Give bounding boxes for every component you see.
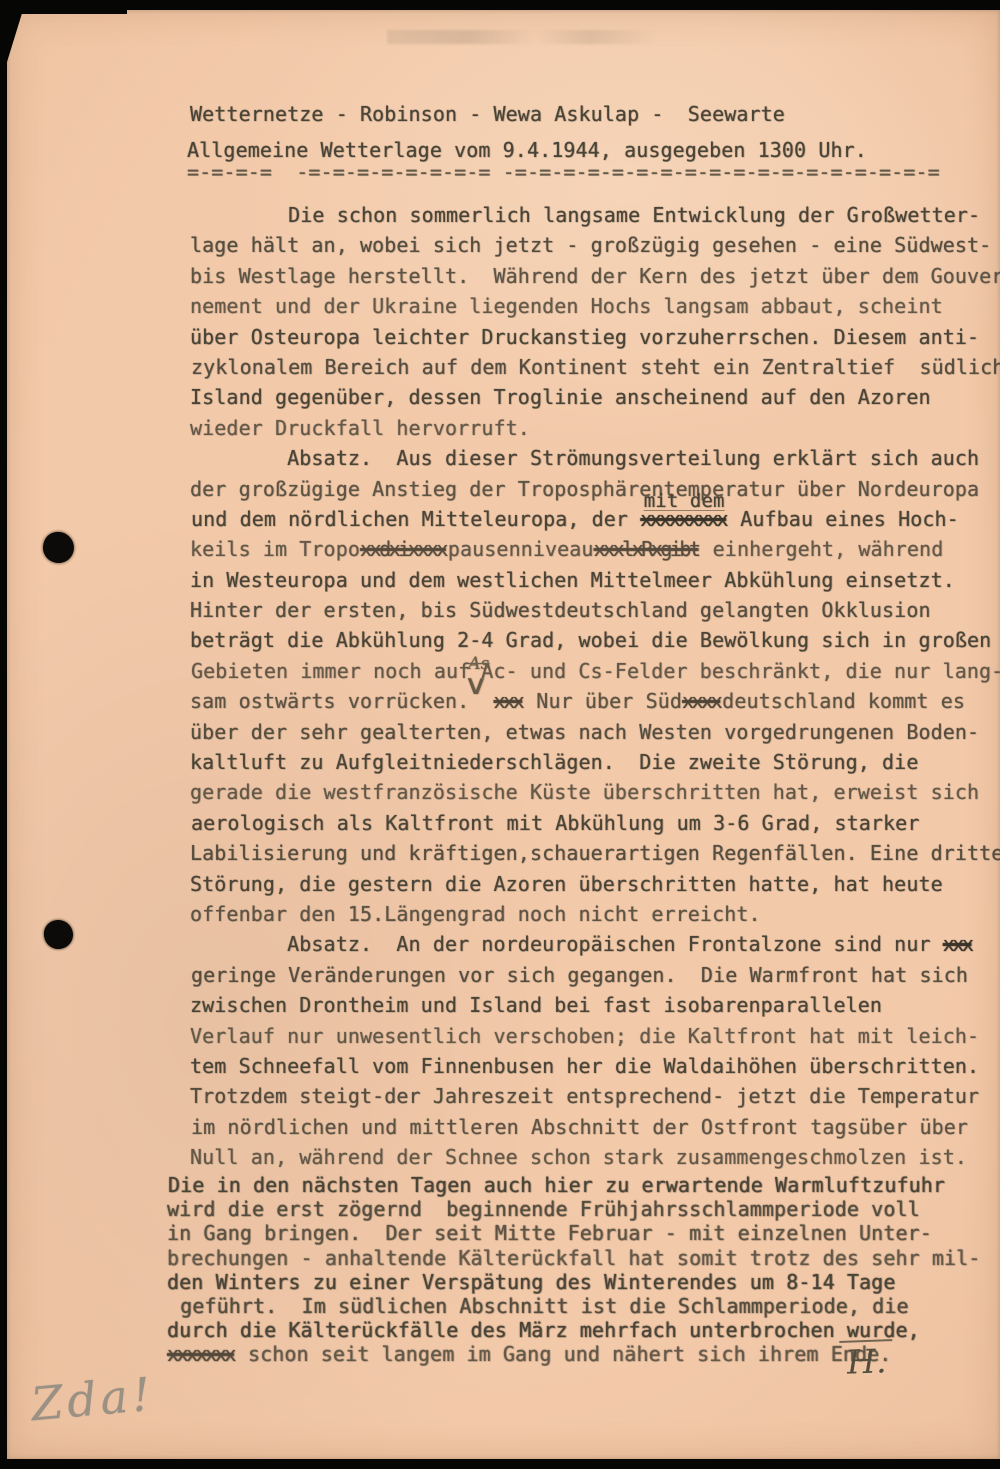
typewritten-line: in Gang bringen. Der seit Mitte Februar … xyxy=(167,1221,1000,1245)
typewritten-line: Trotzdem steigt-der Jahreszeit entsprech… xyxy=(190,1081,1000,1111)
text-run: Hinter der ersten, bis Südwestdeutschlan… xyxy=(190,598,931,622)
torn-edge xyxy=(7,10,127,14)
typewritten-line: Island gegenüber, dessen Troglinie ansch… xyxy=(190,382,1000,412)
typewritten-line: keils im Tropoxxdxixxxxpausenniveauxxxlx… xyxy=(190,534,1000,564)
carbon-smudge xyxy=(387,30,657,44)
text-run: in Gang bringen. Der seit Mitte Februar … xyxy=(167,1221,932,1245)
text-run: schon seit langem im Gang und nähert sic… xyxy=(236,1342,892,1366)
typewritten-line: geführt. Im südlichen Abschnitt ist die … xyxy=(168,1294,1000,1318)
text-run: aerologisch als Kaltfront mit Abkühlung … xyxy=(191,811,919,835)
typewritten-line: wird die erst zögernd beginnende Frühjah… xyxy=(167,1197,1000,1221)
typewritten-line: offenbar den 15.Längengrad noch nicht er… xyxy=(190,899,1000,929)
text-run: Ac- und Cs-Felder beschränkt, die nur la… xyxy=(481,659,1000,683)
text-run: und dem nördlichen Mitteleuropa, der xyxy=(191,507,640,531)
typewritten-line: gerade die westfranzösische Küste übersc… xyxy=(190,777,1000,807)
text-run: beträgt die Abkühlung 2-4 Grad, wobei di… xyxy=(190,628,991,652)
typewritten-line: wieder Druckfall hervorruft. xyxy=(190,413,1000,443)
punch-hole-bottom xyxy=(42,918,75,951)
text-run: Verlauf nur unwesentlich verschoben; die… xyxy=(190,1024,979,1048)
typewritten-line: brechungen - anhaltende Kälterückfall ha… xyxy=(167,1246,1000,1270)
text-run: der großzügige Anstieg der Troposphärent… xyxy=(190,477,979,501)
text-run: über Osteuropa leichter Druckanstieg vor… xyxy=(190,325,979,349)
text-run: über der sehr gealterten, etwas nach Wes… xyxy=(190,720,979,744)
typewritten-line: über Osteuropa leichter Druckanstieg vor… xyxy=(190,322,1000,352)
text-run: zyklonalem Bereich auf dem Kontinent ste… xyxy=(191,355,1000,379)
typewritten-line: Labilisierung und kräftigen,schauerartig… xyxy=(190,838,1000,868)
typewritten-line: im nördlichen und mittleren Abschnitt de… xyxy=(191,1112,1000,1142)
typewritten-line: Absatz. Aus dieser Strömungsverteilung e… xyxy=(190,443,1000,473)
text-run: kaltluft zu Aufgleitniederschlägen. Die … xyxy=(190,750,918,774)
typewritten-line: tem Schneefall vom Finnenbusen her die W… xyxy=(190,1051,1000,1081)
typewritten-line: aerologisch als Kaltfront mit Abkühlung … xyxy=(191,808,1000,838)
text-run: Absatz. An der nordeuropäischen Frontalz… xyxy=(190,932,943,956)
typewritten-line: über der sehr gealterten, etwas nach Wes… xyxy=(190,717,1000,747)
typewritten-line: Gebieten immer noch auf∨AsAc- und Cs-Fel… xyxy=(191,656,1000,686)
punch-hole-top xyxy=(40,529,77,566)
typewritten-line: Die in den nächsten Tagen auch hier zu e… xyxy=(168,1173,1000,1197)
typewritten-line: Absatz. An der nordeuropäischen Frontalz… xyxy=(190,929,1000,959)
typed-strikeout: xxx xyxy=(494,689,525,713)
text-run: nement und der Ukraine liegenden Hochs l… xyxy=(190,294,943,318)
text-run: Gebieten immer noch auf xyxy=(191,659,470,683)
text-run: tem Schneefall vom Finnenbusen her die W… xyxy=(190,1054,979,1078)
typewritten-line: Verlauf nur unwesentlich verschoben; die… xyxy=(190,1021,1000,1051)
text-run: Nur über Süd xyxy=(524,689,682,713)
text-run: in Westeuropa und dem westlichen Mittelm… xyxy=(190,568,955,592)
text-run: im nördlichen und mittleren Abschnitt de… xyxy=(191,1115,968,1139)
text-run: Trotzdem steigt-der Jahreszeit entsprech… xyxy=(190,1084,979,1108)
title-underline: =-=-=-= -=-=-=-=-=-=-=-= -=-=-=-=-=-=-=-… xyxy=(187,160,940,184)
typewritten-line: zwischen Drontheim und Island bei fast i… xyxy=(190,990,1000,1020)
text-run: Die schon sommerlich langsame Entwicklun… xyxy=(191,203,980,227)
typed-strikeout: xxdxixxxx xyxy=(360,537,448,561)
pencil-margin-note: Zda! xyxy=(29,1367,157,1432)
typewritten-line: sam ostwärts vorrücken. xxx Nur über Süd… xyxy=(190,686,1000,716)
text-run: geringe Veränderungen vor sich gegangen.… xyxy=(191,963,968,987)
typewritten-line: der großzügige Anstieg der Troposphärent… xyxy=(190,474,1000,504)
text-run: lage hält an, wobei sich jetzt - großzüg… xyxy=(190,233,991,257)
typewritten-line: Die schon sommerlich langsame Entwicklun… xyxy=(191,200,1000,230)
text-run: den Winters zu einer Verspätung des Wint… xyxy=(167,1270,895,1294)
text-run: offenbar den 15.Längengrad noch nicht er… xyxy=(190,902,761,926)
text-run: pausenniveau xyxy=(448,537,594,561)
handwritten-initial: H. xyxy=(839,1339,894,1383)
text-run: zwischen Drontheim und Island bei fast i… xyxy=(190,993,882,1017)
typewritten-line: in Westeuropa und dem westlichen Mittelm… xyxy=(190,565,1000,595)
typed-strikeout: xxx xyxy=(943,932,974,956)
typewritten-line: geringe Veränderungen vor sich gegangen.… xyxy=(191,960,1000,990)
scanned-page: Wetternetze - Robinson - Wewa Askulap - … xyxy=(7,10,1000,1459)
typewritten-line: zyklonalem Bereich auf dem Kontinent ste… xyxy=(191,352,1000,382)
text-run: sam ostwärts vorrücken. xyxy=(190,689,494,713)
typed-strikeout: xxxlxRxgibt xyxy=(594,537,701,561)
text-run: geführt. Im südlichen Abschnitt ist die … xyxy=(168,1294,909,1318)
document-title: Wetternetze - Robinson - Wewa Askulap - … xyxy=(190,102,785,126)
appended-text-block: Die in den nächsten Tagen auch hier zu e… xyxy=(167,1173,1000,1367)
text-run: wird die erst zögernd beginnende Frühjah… xyxy=(167,1197,920,1221)
typewritten-line: bis Westlage herstellt. Während der Kern… xyxy=(190,261,1000,291)
typed-strikeout: xxxxxxx xyxy=(167,1342,236,1366)
text-run: Island gegenüber, dessen Troglinie ansch… xyxy=(190,385,931,409)
typed-insertion-above: mit dem xyxy=(644,492,725,511)
typewritten-line: beträgt die Abkühlung 2-4 Grad, wobei di… xyxy=(190,625,1000,655)
typewritten-line: kaltluft zu Aufgleitniederschlägen. Die … xyxy=(190,747,1000,777)
typewritten-line: den Winters zu einer Verspätung des Wint… xyxy=(167,1270,1000,1294)
typewritten-line: Störung, die gestern die Azoren überschr… xyxy=(190,869,1000,899)
typed-strikeout: xxxxxxxxxmit dem xyxy=(640,507,728,531)
document-subtitle: Allgemeine Wetterlage vom 9.4.1944, ausg… xyxy=(187,138,867,162)
handwritten-insertion-text: As xyxy=(468,656,489,672)
torn-corner xyxy=(7,10,23,62)
main-text-block: Die schon sommerlich langsame Entwicklun… xyxy=(190,200,1000,1173)
text-run: Labilisierung und kräftigen,schauerartig… xyxy=(190,841,1000,865)
text-run: Aufbau eines Hoch- xyxy=(728,507,959,531)
text-run: deutschland kommt es xyxy=(722,689,965,713)
typewritten-line: Hinter der ersten, bis Südwestdeutschlan… xyxy=(190,595,1000,625)
typewritten-line: nement und der Ukraine liegenden Hochs l… xyxy=(190,291,1000,321)
typewritten-line: und dem nördlichen Mitteleuropa, der xxx… xyxy=(191,504,1000,534)
text-run: Absatz. Aus dieser Strömungsverteilung e… xyxy=(190,446,979,470)
text-run: einhergeht, während xyxy=(701,537,944,561)
text-run: wieder Druckfall hervorruft. xyxy=(190,416,530,440)
text-run: keils im Tropo xyxy=(190,537,360,561)
text-run: Null an, während der Schnee schon stark … xyxy=(190,1145,967,1169)
text-run: brechungen - anhaltende Kälterückfall ha… xyxy=(167,1246,980,1270)
text-run: durch die Kälterückfälle des März mehrfa… xyxy=(167,1318,920,1342)
text-run: Störung, die gestern die Azoren überschr… xyxy=(190,872,943,896)
typewritten-line: Null an, während der Schnee schon stark … xyxy=(190,1142,1000,1172)
text-run: gerade die westfranzösische Küste übersc… xyxy=(190,780,979,804)
typewritten-line: lage hält an, wobei sich jetzt - großzüg… xyxy=(190,230,1000,260)
text-run: Die in den nächsten Tagen auch hier zu e… xyxy=(168,1173,945,1197)
typed-strikeout: xxxx xyxy=(682,689,722,713)
text-run: bis Westlage herstellt. Während der Kern… xyxy=(190,264,1000,288)
